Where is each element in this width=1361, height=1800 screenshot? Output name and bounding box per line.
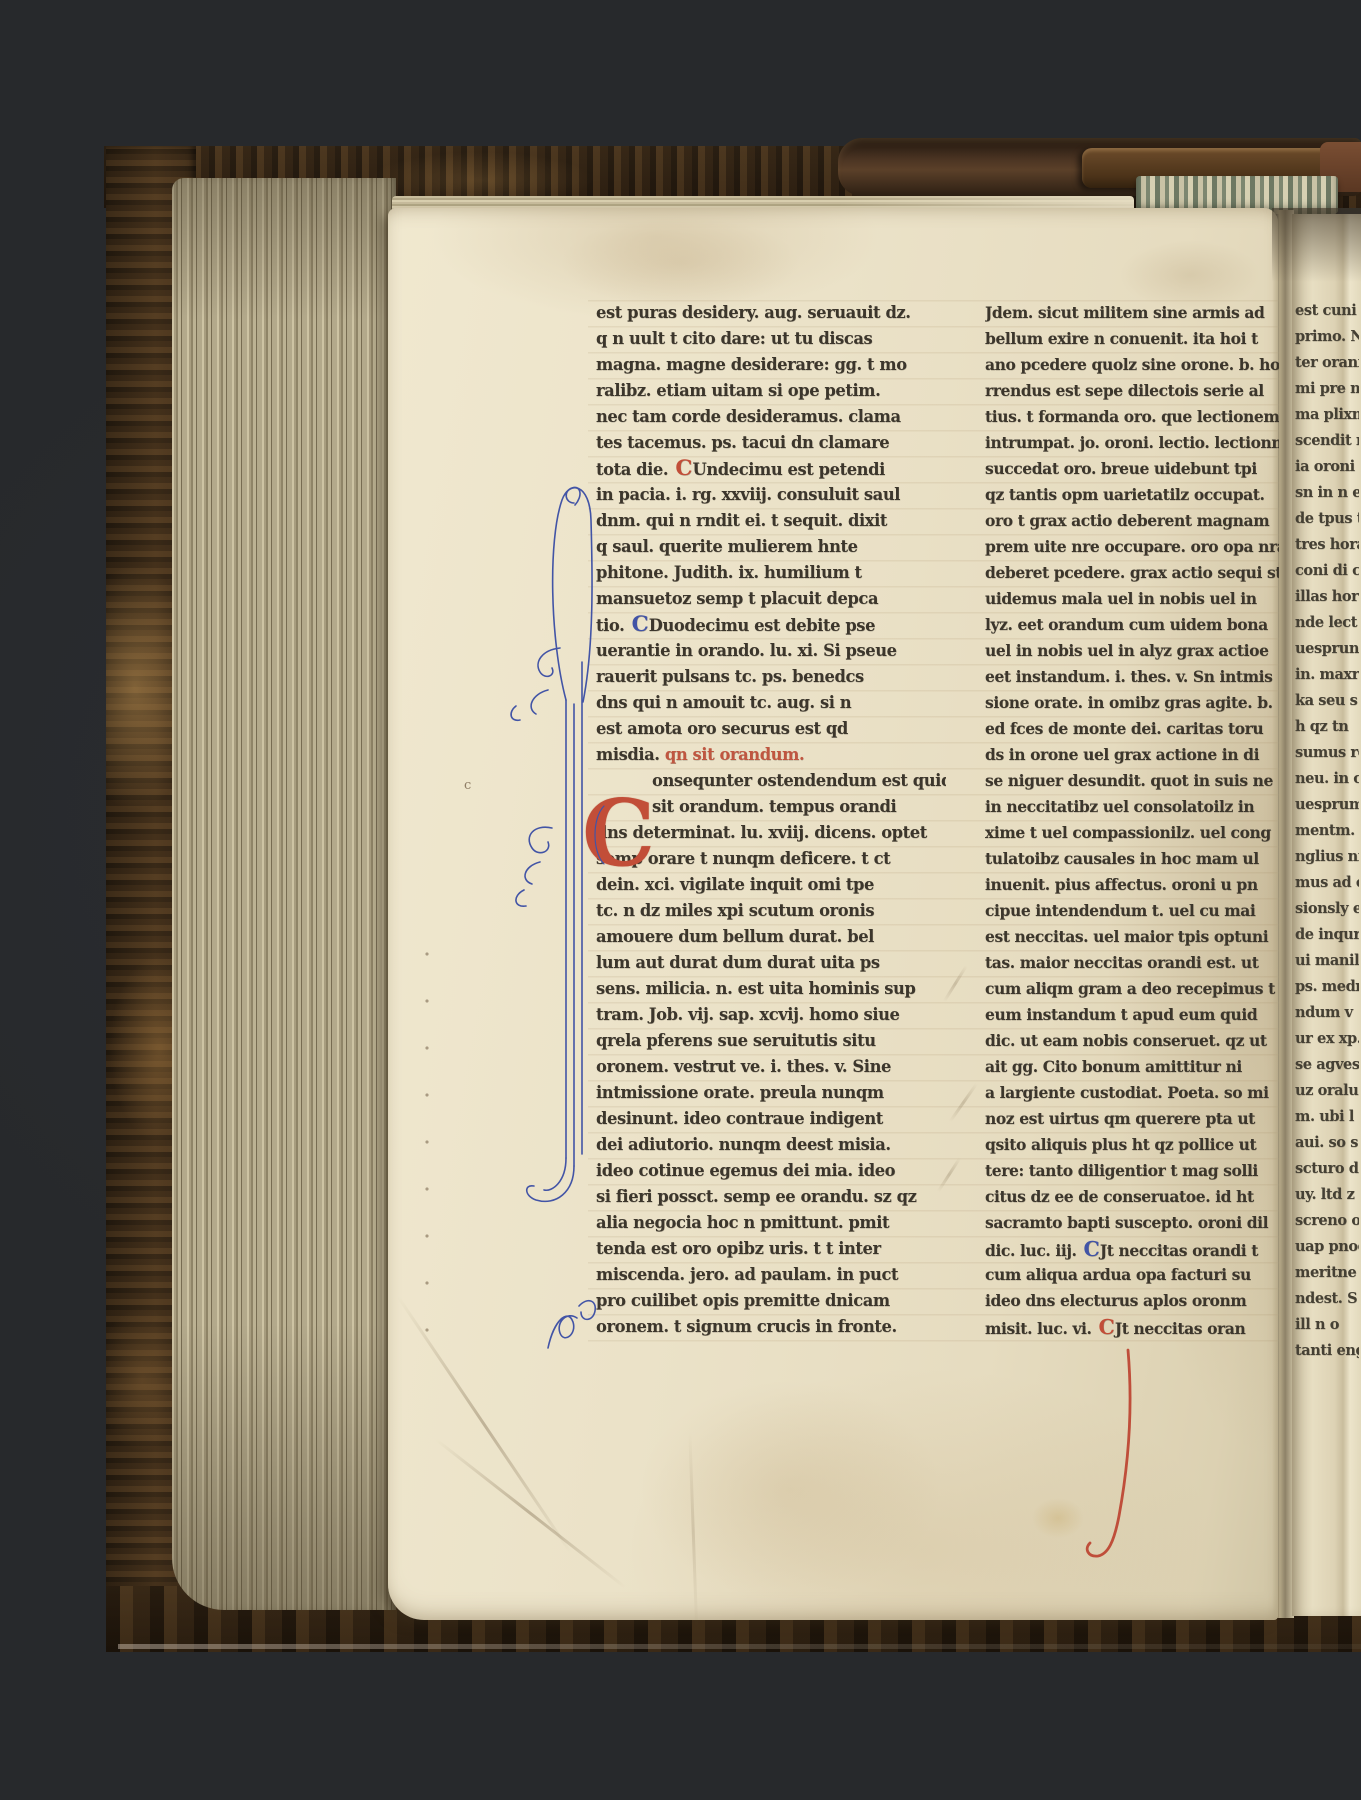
text-segment: est cuni ur [1295,302,1359,319]
text-segment: ait gg. Cito bonum amittitur ni [985,1057,1242,1076]
text-segment: eet instandum. i. thes. v. Sn intmis [985,667,1272,686]
text-segment: dnm. qui n rndit ei. t sequit. dixit [596,511,887,530]
text-line: ndest. S [1295,1286,1359,1312]
paraph-mark: C [1084,1237,1099,1261]
text-segment: ter orani a [1295,354,1359,371]
text-segment: desinunt. ideo contraue indigent [596,1109,883,1128]
paraph-mark: C [632,612,648,637]
text-line: ma plixni c [1295,402,1359,428]
text-line: tes tacemus. ps. tacui dn clamare [596,430,946,456]
text-segment: qz tantis opm uarietatilz occupat. [985,485,1265,504]
text-segment: in pacia. i. rg. xxviij. consuluit saul [596,485,900,504]
text-segment: uesprunt. [1295,640,1359,657]
text-segment: aui. so s [1295,1134,1358,1151]
text-line: illas horas [1295,584,1359,610]
text-line: q n uult t cito dare: ut tu discas [596,326,946,352]
text-line: nec tam corde desideramus. clama [596,404,946,430]
text-segment: Jt neccitas oran [1115,1319,1246,1338]
text-segment: ps. medr [1295,978,1359,995]
text-segment: prem uite nre occupare. oro opa nra [985,537,1279,556]
text-segment: phitone. Judith. ix. humilium t [596,563,862,582]
text-segment: screno o [1295,1212,1359,1229]
text-segment: onsequnter ostendendum est quid [652,771,946,790]
text-line: qrela pferens sue seruitutis situ [596,1028,946,1054]
text-segment: ma plixni c [1295,406,1359,423]
text-line: sacramto bapti suscepto. oroni dil [985,1210,1279,1236]
text-line: noz est uirtus qm querere pta ut [985,1106,1279,1132]
text-line: mentm. u [1295,818,1359,844]
text-segment: mi pre n [1295,380,1359,397]
text-segment: est puras desidery. aug. seruauit dz. [596,303,911,322]
text-line: dic. luc. iij. CJt neccitas orandi t [985,1236,1279,1262]
text-line: scendit n [1295,428,1359,454]
text-segment: sionsly ee [1295,900,1359,917]
text-segment: tio. [596,616,630,635]
text-segment: de tpus t [1295,510,1359,527]
text-segment: est neccitas. uel maior tpis optuni [985,927,1268,946]
text-segment: q saul. querite mulierem hnte [596,537,858,556]
text-segment: meritne [1295,1264,1356,1281]
text-line: oro t grax actio deberent magnam [985,508,1279,534]
text-segment: lyz. eet orandum cum uidem bona [985,615,1268,634]
text-line: uy. ltd z [1295,1182,1359,1208]
text-segment: mansuetoz semp t placuit depca [596,589,878,608]
red-drop-cap-initial: C [582,786,648,886]
text-line: rauerit pulsans tc. ps. benedcs [596,664,946,690]
text-line: sionsly ee [1295,896,1359,922]
text-line: est neccitas. uel maior tpis optuni [985,924,1279,950]
text-segment: Undecimu est petendi [693,460,885,479]
text-line: q saul. querite mulierem hnte [596,534,946,560]
text-line: eet instandum. i. thes. v. Sn intmis [985,664,1279,690]
text-segment: cum aliqm gram a deo recepimus t [985,979,1275,998]
board-bottom-highlight [118,1644,1361,1649]
text-segment: uz oralu [1295,1082,1358,1099]
text-line: tius. t formanda oro. que lectionem [985,404,1279,430]
text-segment: nec tam corde desideramus. clama [596,407,901,426]
text-segment: amouere dum bellum durat. bel [596,927,874,946]
text-segment: alia negocia hoc n pmittunt. pmit [596,1213,889,1232]
text-line: xime t uel compassionilz. uel cong [985,820,1279,846]
parchment-stain [560,218,800,308]
text-line: uesprum. t [1295,792,1359,818]
right-text-column: Jdem. sicut militem sine armis adbellum … [985,300,1279,1346]
text-segment: ds in orone uel grax actione in di [985,745,1259,764]
text-line: tres hora [1295,532,1359,558]
pricking-marks [424,950,430,1350]
text-segment: miscenda. jero. ad paulam. in puct [596,1265,898,1284]
text-segment: pro cuilibet opis premitte dnicam [596,1291,890,1310]
text-line: tc. n dz miles xpi scutum oronis [596,898,946,924]
text-segment: coni di co [1295,562,1359,579]
text-segment: nglius ni [1295,848,1359,865]
text-line: ill n o [1295,1312,1359,1338]
text-segment: ano pcedere quolz sine orone. b. ho [985,355,1279,374]
text-segment: noz est uirtus qm querere pta ut [985,1109,1255,1128]
text-segment: in neccitatibz uel consolatoilz in [985,797,1254,816]
text-line: sn in n ed [1295,480,1359,506]
text-line: pro cuilibet opis premitte dnicam [596,1288,946,1314]
text-line: tio. CDuodecimu est debite pse [596,612,946,638]
text-line: succedat oro. breue uidebunt tpi [985,456,1279,482]
text-line: prem uite nre occupare. oro opa nra [985,534,1279,560]
text-line: de tpus t [1295,506,1359,532]
text-segment: se niguer desundit. quot in suis ne [985,771,1273,790]
rubric-text: qn sit orandum. [665,745,804,764]
text-line: bellum exire n conuenit. ita hoi t [985,326,1279,352]
text-line: ndum v [1295,1000,1359,1026]
text-line: coni di co [1295,558,1359,584]
text-line: si fieri possct. semp ee orandu. sz qz [596,1184,946,1210]
text-line: uesprunt. [1295,636,1359,662]
text-line: aui. so s [1295,1130,1359,1156]
text-segment: bellum exire n conuenit. ita hoi t [985,329,1258,348]
gutter-shadow [1272,208,1361,282]
text-segment: ill n o [1295,1316,1339,1333]
text-segment: succedat oro. breue uidebunt tpi [985,459,1257,478]
text-line: screno o [1295,1208,1359,1234]
text-segment: sn in n ed [1295,484,1359,501]
text-line: mansuetoz semp t placuit depca [596,586,946,612]
text-line: ter orani a [1295,350,1359,376]
text-segment: rauerit pulsans tc. ps. benedcs [596,667,864,686]
text-line: cum aliqm gram a deo recepimus t [985,976,1279,1002]
text-segment: tenda est oro opibz uris. t t inter [596,1239,881,1258]
text-segment: intmissione orate. preula nunqm [596,1083,884,1102]
text-segment: tulatoibz causales in hoc mam ul [985,849,1259,868]
text-line: uel in nobis uel in alyz grax actioe [985,638,1279,664]
text-line: sens. milicia. n. est uita hominis sup [596,976,946,1002]
text-segment: misit. luc. vi. [985,1319,1097,1338]
text-segment: Jdem. sicut militem sine armis ad [985,303,1264,322]
text-line: tanti eng [1295,1338,1359,1364]
text-segment: in. maxr [1295,666,1359,683]
text-line: in pacia. i. rg. xxviij. consuluit saul [596,482,946,508]
text-segment: q n uult t cito dare: ut tu discas [596,329,872,348]
text-line: dns qui n amouit tc. aug. si n [596,690,946,716]
text-line: citus dz ee de conseruatoe. id ht [985,1184,1279,1210]
text-line: se niguer desundit. quot in suis ne [985,768,1279,794]
text-line: nde lect [1295,610,1359,636]
text-line: ia oroni t [1295,454,1359,480]
text-segment: primo. N d [1295,328,1359,345]
text-segment: Jt neccitas orandi t [1100,1241,1258,1260]
text-segment: xime t uel compassionilz. uel cong [985,823,1271,842]
text-line: m. ubi l [1295,1104,1359,1130]
text-segment: sione orate. in omibz gras agite. b. [985,693,1273,712]
sliver-text-column: est cuni urprimo. N dter orani ami pre n… [1295,298,1359,1370]
text-line: primo. N d [1295,324,1359,350]
text-line: scturo d [1295,1156,1359,1182]
text-segment: dei adiutorio. nunqm deest misia. [596,1135,891,1154]
text-line: amouere dum bellum durat. bel [596,924,946,950]
text-segment: eum instandum t apud eum quid [985,1005,1257,1024]
guide-letter: c [464,778,471,793]
text-line: qsito aliquis plus ht qz pollice ut [985,1132,1279,1158]
text-segment: qsito aliquis plus ht qz pollice ut [985,1135,1256,1154]
text-line: lum aut durat dum durat uita ps [596,950,946,976]
text-segment: tres hora [1295,536,1359,553]
text-line: mi pre n [1295,376,1359,402]
text-line: desinunt. ideo contraue indigent [596,1106,946,1132]
text-line: se agvesti [1295,1052,1359,1078]
text-segment: sacramto bapti suscepto. oroni dil [985,1213,1268,1232]
text-line: uerantie in orando. lu. xi. Si pseue [596,638,946,664]
text-segment: tota die. [596,460,673,479]
text-segment: est amota oro securus est qd [596,719,848,738]
text-line: magna. magne desiderare: gg. t mo [596,352,946,378]
text-segment: citus dz ee de conseruatoe. id ht [985,1187,1254,1206]
text-line: sumus rec [1295,740,1359,766]
text-line: mus ad co [1295,870,1359,896]
text-segment: ka seu s [1295,692,1357,709]
text-line: eum instandum t apud eum quid [985,1002,1279,1028]
text-line: Jdem. sicut militem sine armis ad [985,300,1279,326]
text-line: de inquro [1295,922,1359,948]
text-segment: cum aliqua ardua opa facturi su [985,1265,1251,1284]
text-line: ralibz. etiam uitam si ope petim. [596,378,946,404]
text-segment: ndest. S [1295,1290,1357,1307]
text-line: uidemus mala uel in nobis uel in [985,586,1279,612]
text-line: ait gg. Cito bonum amittitur ni [985,1054,1279,1080]
text-segment: inuenit. pius affectus. oroni u pn [985,875,1258,894]
text-segment: uerantie in orando. lu. xi. Si pseue [596,641,897,660]
text-segment: nde lect [1295,614,1357,631]
text-segment: scendit n [1295,432,1359,449]
text-segment: cipue intendendum t. uel cu mai [985,901,1255,920]
text-line: ds in orone uel grax actione in di [985,742,1279,768]
text-segment: oro t grax actio deberent magnam [985,511,1269,530]
text-segment: sit orandum. tempus orandi [652,797,896,816]
text-segment: ed fces de monte dei. caritas toru [985,719,1263,738]
paraph-mark: C [1099,1315,1114,1339]
text-segment: dic. ut eam nobis conseruet. qz ut [985,1031,1267,1050]
text-line: oronem. vestrut ve. i. thes. v. Sine [596,1054,946,1080]
text-segment: de inquro [1295,926,1359,943]
text-line: meritne [1295,1260,1359,1286]
text-segment: ndum v [1295,1004,1353,1021]
parchment-stain [640,1380,940,1600]
text-line: alia negocia hoc n pmittunt. pmit [596,1210,946,1236]
text-line: neu. in co [1295,766,1359,792]
text-segment: dns qui n amouit tc. aug. si n [596,693,851,712]
text-line: tota die. CUndecimu est petendi [596,456,946,482]
text-line: ideo dns electurus aplos oronm [985,1288,1279,1314]
text-line: deberet pcedere. grax actio sequi st [985,560,1279,586]
text-segment: tas. maior neccitas orandi est. ut [985,953,1258,972]
text-segment: qrela pferens sue seruitutis situ [596,1031,876,1050]
text-segment: si fieri possct. semp ee orandu. sz qz [596,1187,916,1206]
text-segment: a largiente custodiat. Poeta. so mi [985,1083,1269,1102]
text-segment: sumus rec [1295,744,1359,761]
text-line: intmissione orate. preula nunqm [596,1080,946,1106]
text-segment: magna. magne desiderare: gg. t mo [596,355,907,374]
text-segment: ui manilz [1295,952,1359,969]
text-line: ps. medr [1295,974,1359,1000]
text-line: inuenit. pius affectus. oroni u pn [985,872,1279,898]
text-line: uz oralu [1295,1078,1359,1104]
text-line: ka seu s [1295,688,1359,714]
text-segment: uesprum. t [1295,796,1359,813]
parchment-stain [1032,1498,1084,1538]
text-line: tere: tanto diligentior t mag solli [985,1158,1279,1184]
text-line: est cuni ur [1295,298,1359,324]
text-segment: uy. ltd z [1295,1186,1354,1203]
text-segment: tram. Job. vij. sap. xcvij. homo siue [596,1005,900,1024]
text-line: a largiente custodiat. Poeta. so mi [985,1080,1279,1106]
text-segment: tes tacemus. ps. tacui dn clamare [596,433,889,452]
text-line: rrendus est sepe dilectois serie al [985,378,1279,404]
text-segment: intrumpat. jo. oroni. lectio. lectionm [985,433,1279,452]
text-segment: ia oroni t [1295,458,1359,475]
text-segment: uap pnod [1295,1238,1359,1255]
text-segment: misdia. [596,745,665,764]
text-line: intrumpat. jo. oroni. lectio. lectionm [985,430,1279,456]
text-segment: uel in nobis uel in alyz grax actioe [985,641,1269,660]
text-line: dic. ut eam nobis conseruet. qz ut [985,1028,1279,1054]
text-line: nglius ni [1295,844,1359,870]
text-line: tas. maior neccitas orandi est. ut [985,950,1279,976]
text-segment: neu. in co [1295,770,1359,787]
text-segment: dic. luc. iij. [985,1241,1082,1260]
manuscript-photograph: est puras desidery. aug. seruauit dz.q n… [0,0,1361,1800]
text-line: oronem. t signum crucis in fronte. [596,1314,946,1340]
text-segment: tc. n dz miles xpi scutum oronis [596,901,874,920]
text-line: cipue intendendum t. uel cu mai [985,898,1279,924]
text-segment: tere: tanto diligentior t mag solli [985,1161,1258,1180]
text-line: misit. luc. vi. CJt neccitas oran [985,1314,1279,1340]
text-line: h qz tn [1295,714,1359,740]
text-line: est amota oro securus est qd [596,716,946,742]
text-line: in neccitatibz uel consolatoilz in [985,794,1279,820]
fanned-page-edges [172,178,396,1610]
paraph-mark: C [675,456,691,481]
text-segment: oronem. t signum crucis in fronte. [596,1317,897,1336]
text-line: ui manilz [1295,948,1359,974]
text-line: ideo cotinue egemus dei mia. ideo [596,1158,946,1184]
text-segment: oronem. vestrut ve. i. thes. v. Sine [596,1057,891,1076]
text-segment: sens. milicia. n. est uita hominis sup [596,979,915,998]
text-line: qz tantis opm uarietatilz occupat. [985,482,1279,508]
text-line: miscenda. jero. ad paulam. in puct [596,1262,946,1288]
text-line: in. maxr [1295,662,1359,688]
text-segment: rrendus est sepe dilectois serie al [985,381,1264,400]
text-line: tenda est oro opibz uris. t t inter [596,1236,946,1262]
text-segment: tanti eng [1295,1342,1359,1359]
text-segment: uidemus mala uel in nobis uel in [985,589,1257,608]
text-segment: deberet pcedere. grax actio sequi st [985,563,1279,582]
text-segment: tius. t formanda oro. que lectionem [985,407,1279,426]
text-line: lyz. eet orandum cum uidem bona [985,612,1279,638]
text-line: dei adiutorio. nunqm deest misia. [596,1132,946,1158]
text-segment: m. ubi l [1295,1108,1354,1125]
text-segment: mus ad co [1295,874,1359,891]
text-segment: ideo dns electurus aplos oronm [985,1291,1246,1310]
text-segment: Duodecimu est debite pse [649,616,875,635]
text-segment: lum aut durat dum durat uita ps [596,953,880,972]
text-line: cum aliqua ardua opa facturi su [985,1262,1279,1288]
text-line: tulatoibz causales in hoc mam ul [985,846,1279,872]
text-segment: illas horas [1295,588,1359,605]
text-segment: mentm. u [1295,822,1359,839]
text-segment: ur ex xp. [1295,1030,1359,1047]
text-segment: se agvesti [1295,1056,1359,1073]
text-line: tram. Job. vij. sap. xcvij. homo siue [596,1002,946,1028]
text-line: uap pnod [1295,1234,1359,1260]
text-segment: scturo d [1295,1160,1359,1177]
text-segment: h qz tn [1295,718,1348,735]
text-line: dnm. qui n rndit ei. t sequit. dixit [596,508,946,534]
text-segment: ralibz. etiam uitam si ope petim. [596,381,880,400]
text-line: ano pcedere quolz sine orone. b. ho [985,352,1279,378]
text-line: phitone. Judith. ix. humilium t [596,560,946,586]
text-segment: ideo cotinue egemus dei mia. ideo [596,1161,895,1180]
text-line: misdia. qn sit orandum. [596,742,946,768]
text-line: est puras desidery. aug. seruauit dz. [596,300,946,326]
text-line: ur ex xp. [1295,1026,1359,1052]
text-line: ed fces de monte dei. caritas toru [985,716,1279,742]
text-line: sione orate. in omibz gras agite. b. [985,690,1279,716]
